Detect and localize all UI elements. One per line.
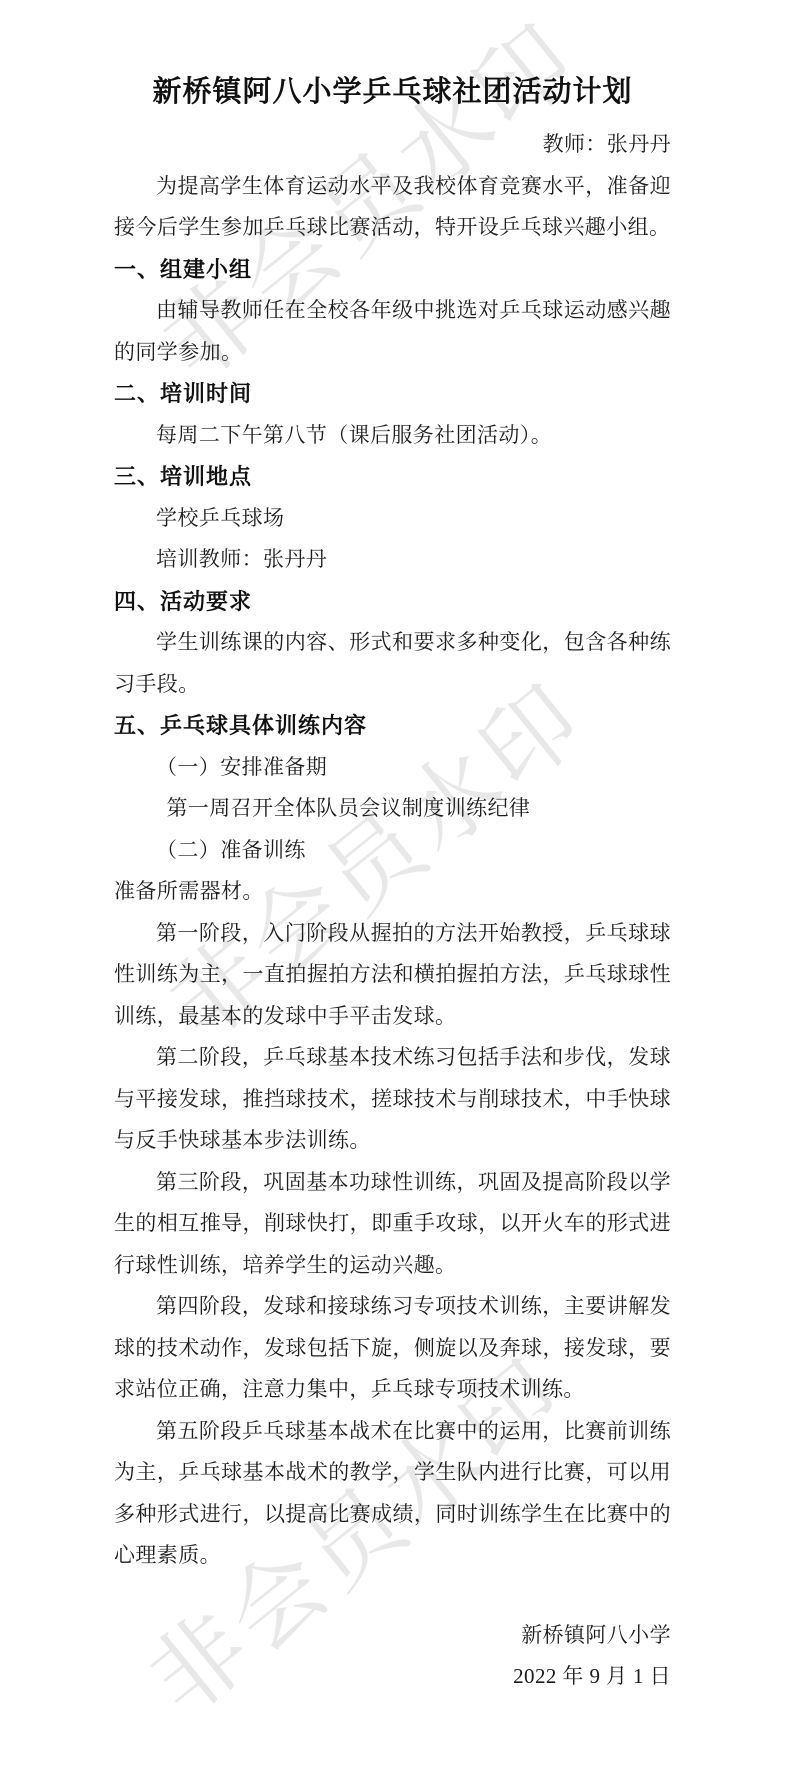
paragraph: 第三阶段，巩固基本功球性训练，巩固及提高阶段以学生的相互推导，削球快打，即重手攻… (114, 1162, 671, 1287)
paragraph: 第四阶段，发球和接球练习专项技术训练，主要讲解发球的技术动作，发球包括下旋，侧旋… (114, 1286, 671, 1411)
paragraph: 每周二下午第八节（课后服务社团活动）。 (114, 415, 671, 457)
section-heading-4: 四、活动要求 (114, 581, 671, 623)
section-heading-2: 二、培训时间 (114, 373, 671, 415)
document-content: 新桥镇阿八小学乒乓球社团活动计划 教师：张丹丹 为提高学生体育运动水平及我校体育… (0, 0, 793, 1698)
paragraph: 第一周召开全体队员会议制度训练纪律 (114, 788, 671, 830)
paragraph: 学生训练课的内容、形式和要求多种变化，包含各种练习手段。 (114, 622, 671, 705)
section-heading-1: 一、组建小组 (114, 249, 671, 291)
section-heading-3: 三、培训地点 (114, 456, 671, 498)
intro-paragraph: 为提高学生体育运动水平及我校体育竞赛水平，准备迎接今后学生参加乒乓球比赛活动，特… (114, 166, 671, 249)
page-title: 新桥镇阿八小学乒乓球社团活动计划 (114, 70, 671, 114)
org-line: 新桥镇阿八小学 (114, 1615, 671, 1657)
paragraph: 第二阶段，乒乓球基本技术练习包括手法和步伐，发球与平接发球，推挡球技术，搓球技术… (114, 1037, 671, 1162)
section-heading-5: 五、乒乓球具体训练内容 (114, 705, 671, 747)
paragraph: 由辅导教师任在全校各年级中挑选对乒乓球运动感兴趣的同学参加。 (114, 290, 671, 373)
paragraph: 学校乒乓球场 (114, 498, 671, 540)
paragraph: 培训教师：张丹丹 (114, 539, 671, 581)
paragraph: （一）安排准备期 (114, 747, 671, 789)
byline: 教师：张丹丹 (114, 124, 671, 166)
paragraph: 第五阶段乒乓球基本战术在比赛中的运用，比赛前训练为主，乒乓球基本战术的教学，学生… (114, 1411, 671, 1577)
closing-block: 新桥镇阿八小学 2022 年 9 月 1 日 (114, 1615, 671, 1698)
paragraph: （二）准备训练 (114, 830, 671, 872)
paragraph: 第一阶段，入门阶段从握拍的方法开始教授，乒乓球球性训练为主，一直拍握拍方法和横拍… (114, 913, 671, 1038)
date-line: 2022 年 9 月 1 日 (114, 1656, 671, 1698)
document-page: 非会员水印 非会员水印 非会员水印 新桥镇阿八小学乒乓球社团活动计划 教师：张丹… (0, 0, 793, 1765)
paragraph: 准备所需器材。 (114, 871, 671, 913)
